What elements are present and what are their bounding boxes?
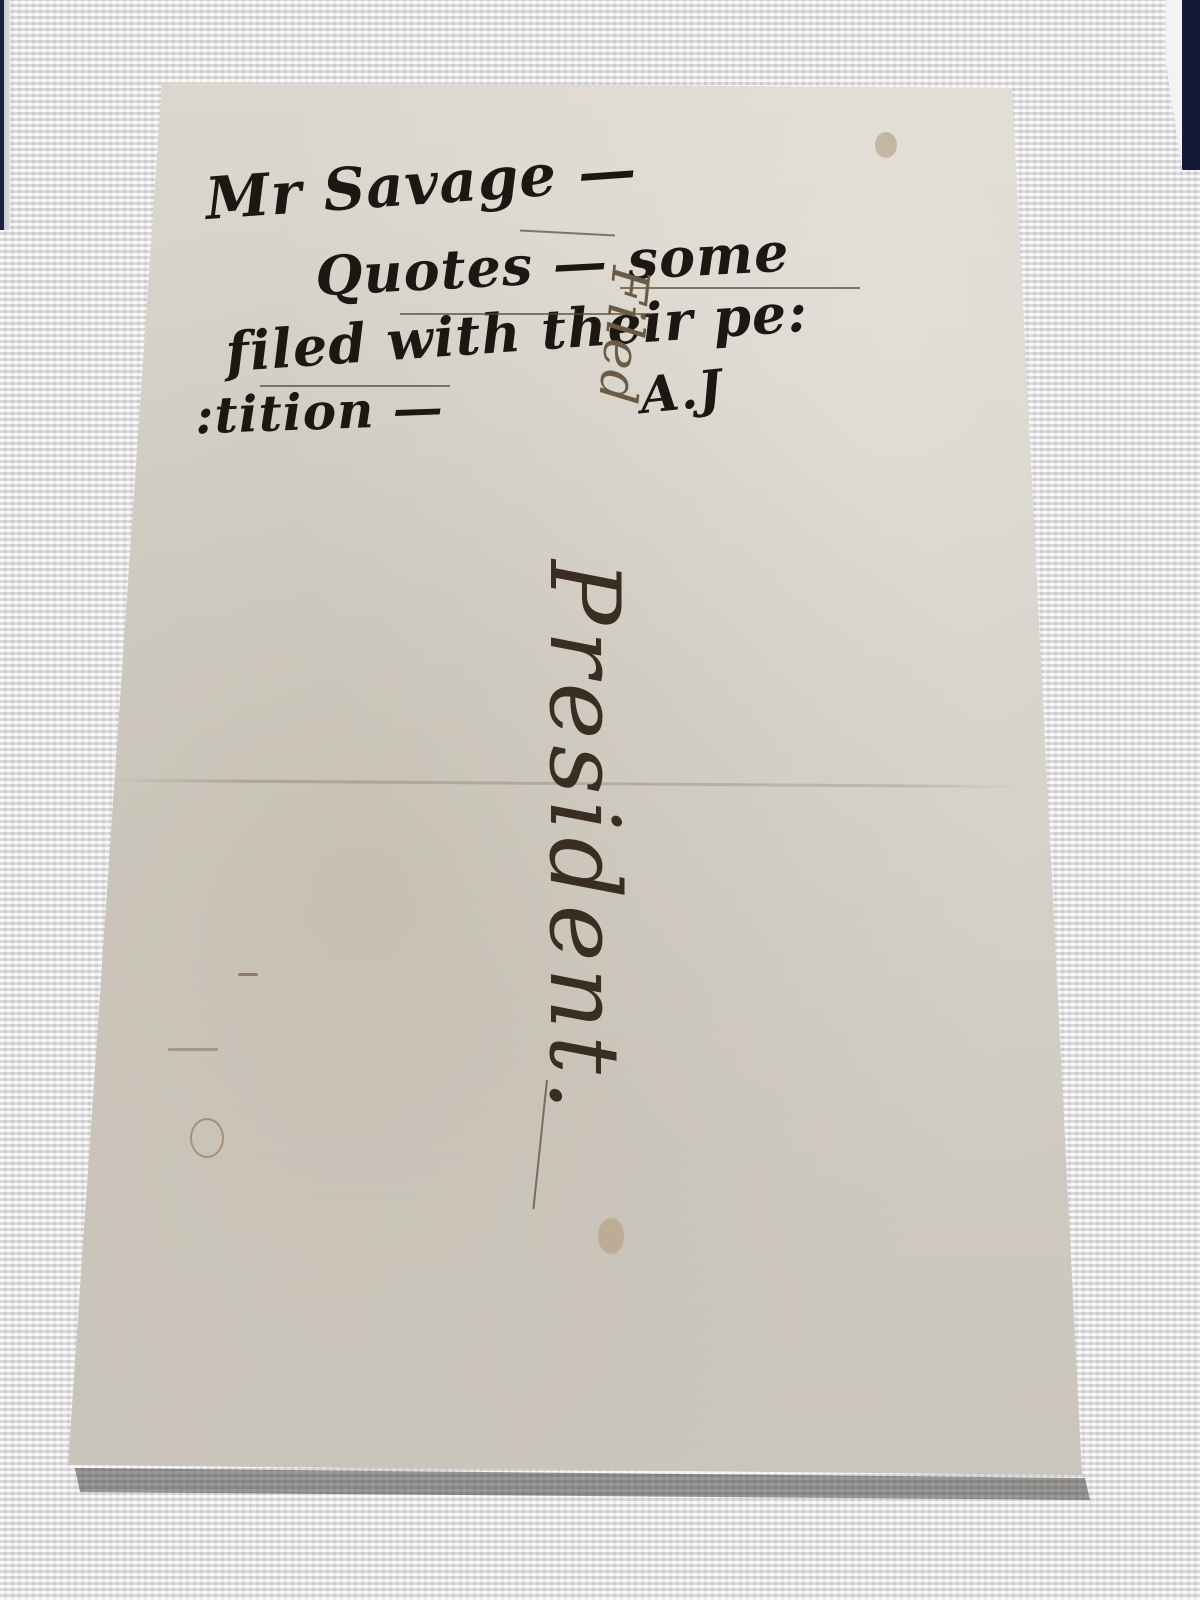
ink-mark-left bbox=[238, 973, 258, 976]
vertical-word-president: President. bbox=[528, 560, 640, 1116]
note-line-4: :tition — bbox=[194, 378, 445, 446]
document-paper: Mr Savage — Quotes — some filed with the… bbox=[0, 0, 1200, 1600]
frame-edge-right bbox=[1156, 0, 1200, 170]
overline-4 bbox=[260, 385, 450, 387]
note-initials: A.J bbox=[637, 358, 726, 425]
frame-edge-left bbox=[0, 0, 10, 230]
stain-bottom bbox=[598, 1218, 624, 1254]
note-line-1: Mr Savage — bbox=[203, 135, 639, 233]
stain-top-right bbox=[875, 132, 897, 158]
ink-mark-left-2 bbox=[168, 1048, 218, 1051]
rust-mark bbox=[190, 1118, 224, 1158]
